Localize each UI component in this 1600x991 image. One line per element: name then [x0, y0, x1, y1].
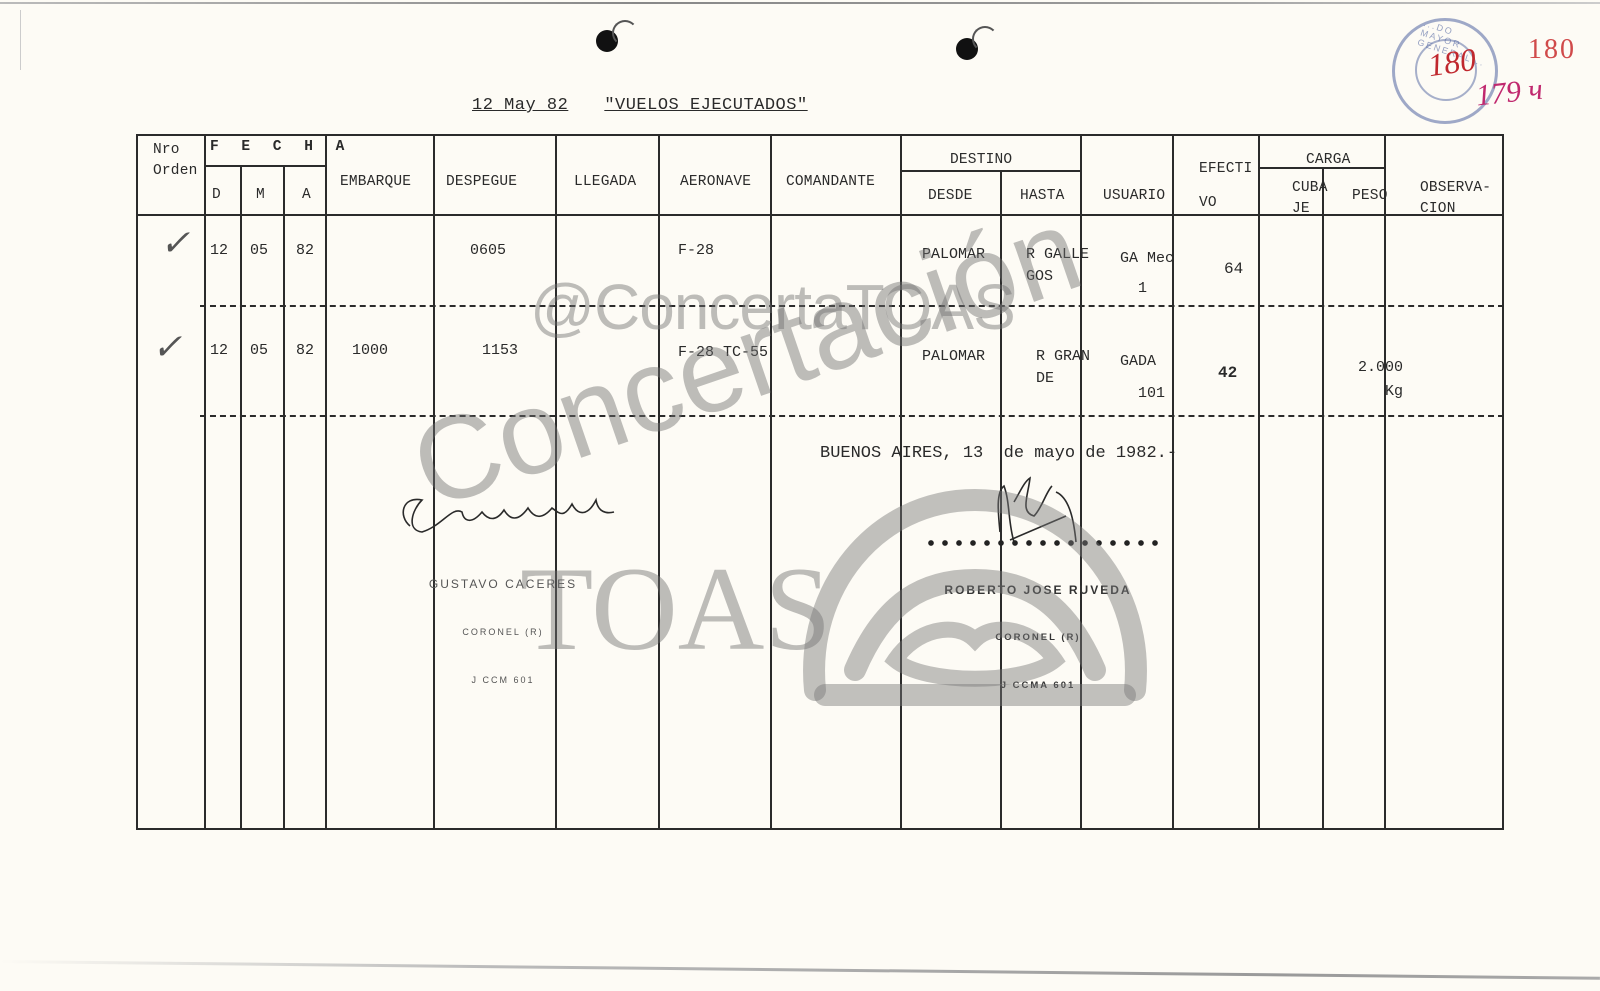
- row2-peso: 2.000 Kg: [1358, 356, 1403, 404]
- header-hasta: HASTA: [1020, 186, 1065, 207]
- header-comandante: COMANDANTE: [786, 172, 875, 193]
- column-divider: [1384, 134, 1386, 828]
- signatory-2-rank: CORONEL (R): [930, 630, 1146, 646]
- document-title: 12 May 82"VUELOS EJECUTADOS": [472, 96, 808, 115]
- table-border-bottom: [136, 828, 1504, 830]
- header-nro-orden: Nro Orden: [153, 140, 198, 182]
- signatory-2-post: J CCMA 601: [930, 678, 1146, 694]
- signatory-1-post: J CCM 601: [428, 672, 578, 688]
- document-heading: "VUELOS EJECUTADOS": [604, 96, 807, 115]
- row2-desde: PALOMAR: [922, 346, 985, 368]
- column-divider: [1322, 168, 1324, 828]
- watermark-handle: @ConcertaTOAS: [530, 270, 1015, 344]
- checkmark-icon: ✓: [152, 326, 182, 368]
- header-fecha-m: M: [256, 185, 265, 206]
- row1-day: 12: [210, 240, 228, 262]
- row1-despegue: 0605: [470, 240, 506, 262]
- row-separator-dashed: [200, 415, 1504, 417]
- column-divider: [658, 134, 660, 828]
- row-separator-dashed: [200, 305, 1504, 307]
- header-desde: DESDE: [928, 186, 973, 207]
- document-date: 12 May 82: [472, 96, 568, 115]
- column-divider: [240, 166, 242, 828]
- row2-aeronave: F-28 TC-55: [678, 342, 768, 364]
- folio-number-handwritten: 179 ч: [1474, 73, 1544, 114]
- row1-efectivo: 64: [1224, 258, 1243, 280]
- header-destino: DESTINO: [950, 150, 1012, 171]
- row1-usuario: GA Mec 1: [1120, 244, 1174, 304]
- header-fecha-a: A: [302, 185, 311, 206]
- header-aeronave: AERONAVE: [680, 172, 751, 193]
- row2-month: 05: [250, 340, 268, 362]
- row2-hasta: R GRAN DE: [1036, 346, 1090, 390]
- signatory-1: GUSTAVO CACERES CORONEL (R) J CCM 601: [428, 544, 578, 704]
- row1-year: 82: [296, 240, 314, 262]
- column-divider: [433, 134, 435, 828]
- signature-dotted-line: [924, 538, 1160, 548]
- row1-hasta: R GALLE GOS: [1026, 244, 1089, 288]
- column-divider: [555, 134, 557, 828]
- row2-year: 82: [296, 340, 314, 362]
- punch-hole-ring-icon: [612, 20, 638, 46]
- column-divider: [204, 134, 206, 828]
- column-divider: [1258, 134, 1260, 828]
- folio-number-handwritten-circle: 180: [1426, 41, 1479, 84]
- header-carga: CARGA: [1306, 150, 1351, 171]
- header-embarque: EMBARQUE: [340, 172, 411, 193]
- folio-old-number: 179: [1474, 75, 1522, 113]
- column-divider: [136, 134, 138, 828]
- row1-aeronave: F-28: [678, 240, 714, 262]
- place-and-date: BUENOS AIRES, 13 de mayo de 1982.-: [820, 444, 1177, 463]
- header-fecha: F E C H A: [210, 137, 351, 158]
- row2-despegue: 1153: [482, 340, 518, 362]
- row1-desde: PALOMAR: [922, 244, 985, 266]
- page-edge: [0, 960, 1600, 980]
- header-efectivo: EFECTI VO: [1199, 152, 1252, 220]
- signatory-1-name: GUSTAVO CACERES: [428, 576, 578, 592]
- column-divider: [770, 134, 772, 828]
- row2-day: 12: [210, 340, 228, 362]
- signatory-1-rank: CORONEL (R): [428, 624, 578, 640]
- header-observacion: OBSERVA- CION: [1420, 178, 1491, 220]
- checkmark-icon: ✓: [160, 222, 190, 264]
- header-fecha-d: D: [212, 185, 221, 206]
- header-usuario: USUARIO: [1103, 186, 1165, 207]
- folio-number-printed: 180: [1528, 34, 1576, 66]
- fecha-subheader-line: [204, 165, 325, 167]
- folio-initial: ч: [1527, 73, 1545, 107]
- row2-efectivo: 42: [1218, 362, 1237, 384]
- header-llegada: LLEGADA: [574, 172, 636, 193]
- page-edge: [0, 2, 1600, 4]
- column-divider: [325, 134, 327, 828]
- column-divider: [1172, 134, 1174, 828]
- row2-usuario: GADA 101: [1120, 346, 1165, 410]
- header-peso: PESO: [1352, 186, 1388, 207]
- column-divider: [283, 166, 285, 828]
- column-divider: [1502, 134, 1504, 828]
- signatory-2-name: ROBERTO JOSE RUVEDA: [930, 582, 1146, 598]
- signatory-2: ROBERTO JOSE RUVEDA CORONEL (R) J CCMA 6…: [930, 550, 1146, 710]
- signature-caceres-icon: [392, 486, 632, 546]
- header-despegue: DESPEGUE: [446, 172, 517, 193]
- header-cubaje: CUBA JE: [1292, 178, 1328, 220]
- table-border-top: [136, 134, 1504, 136]
- page-edge: [20, 10, 21, 70]
- row1-month: 05: [250, 240, 268, 262]
- punch-hole-ring-icon: [972, 26, 998, 52]
- column-divider: [900, 134, 902, 828]
- row2-embarque: 1000: [352, 340, 388, 362]
